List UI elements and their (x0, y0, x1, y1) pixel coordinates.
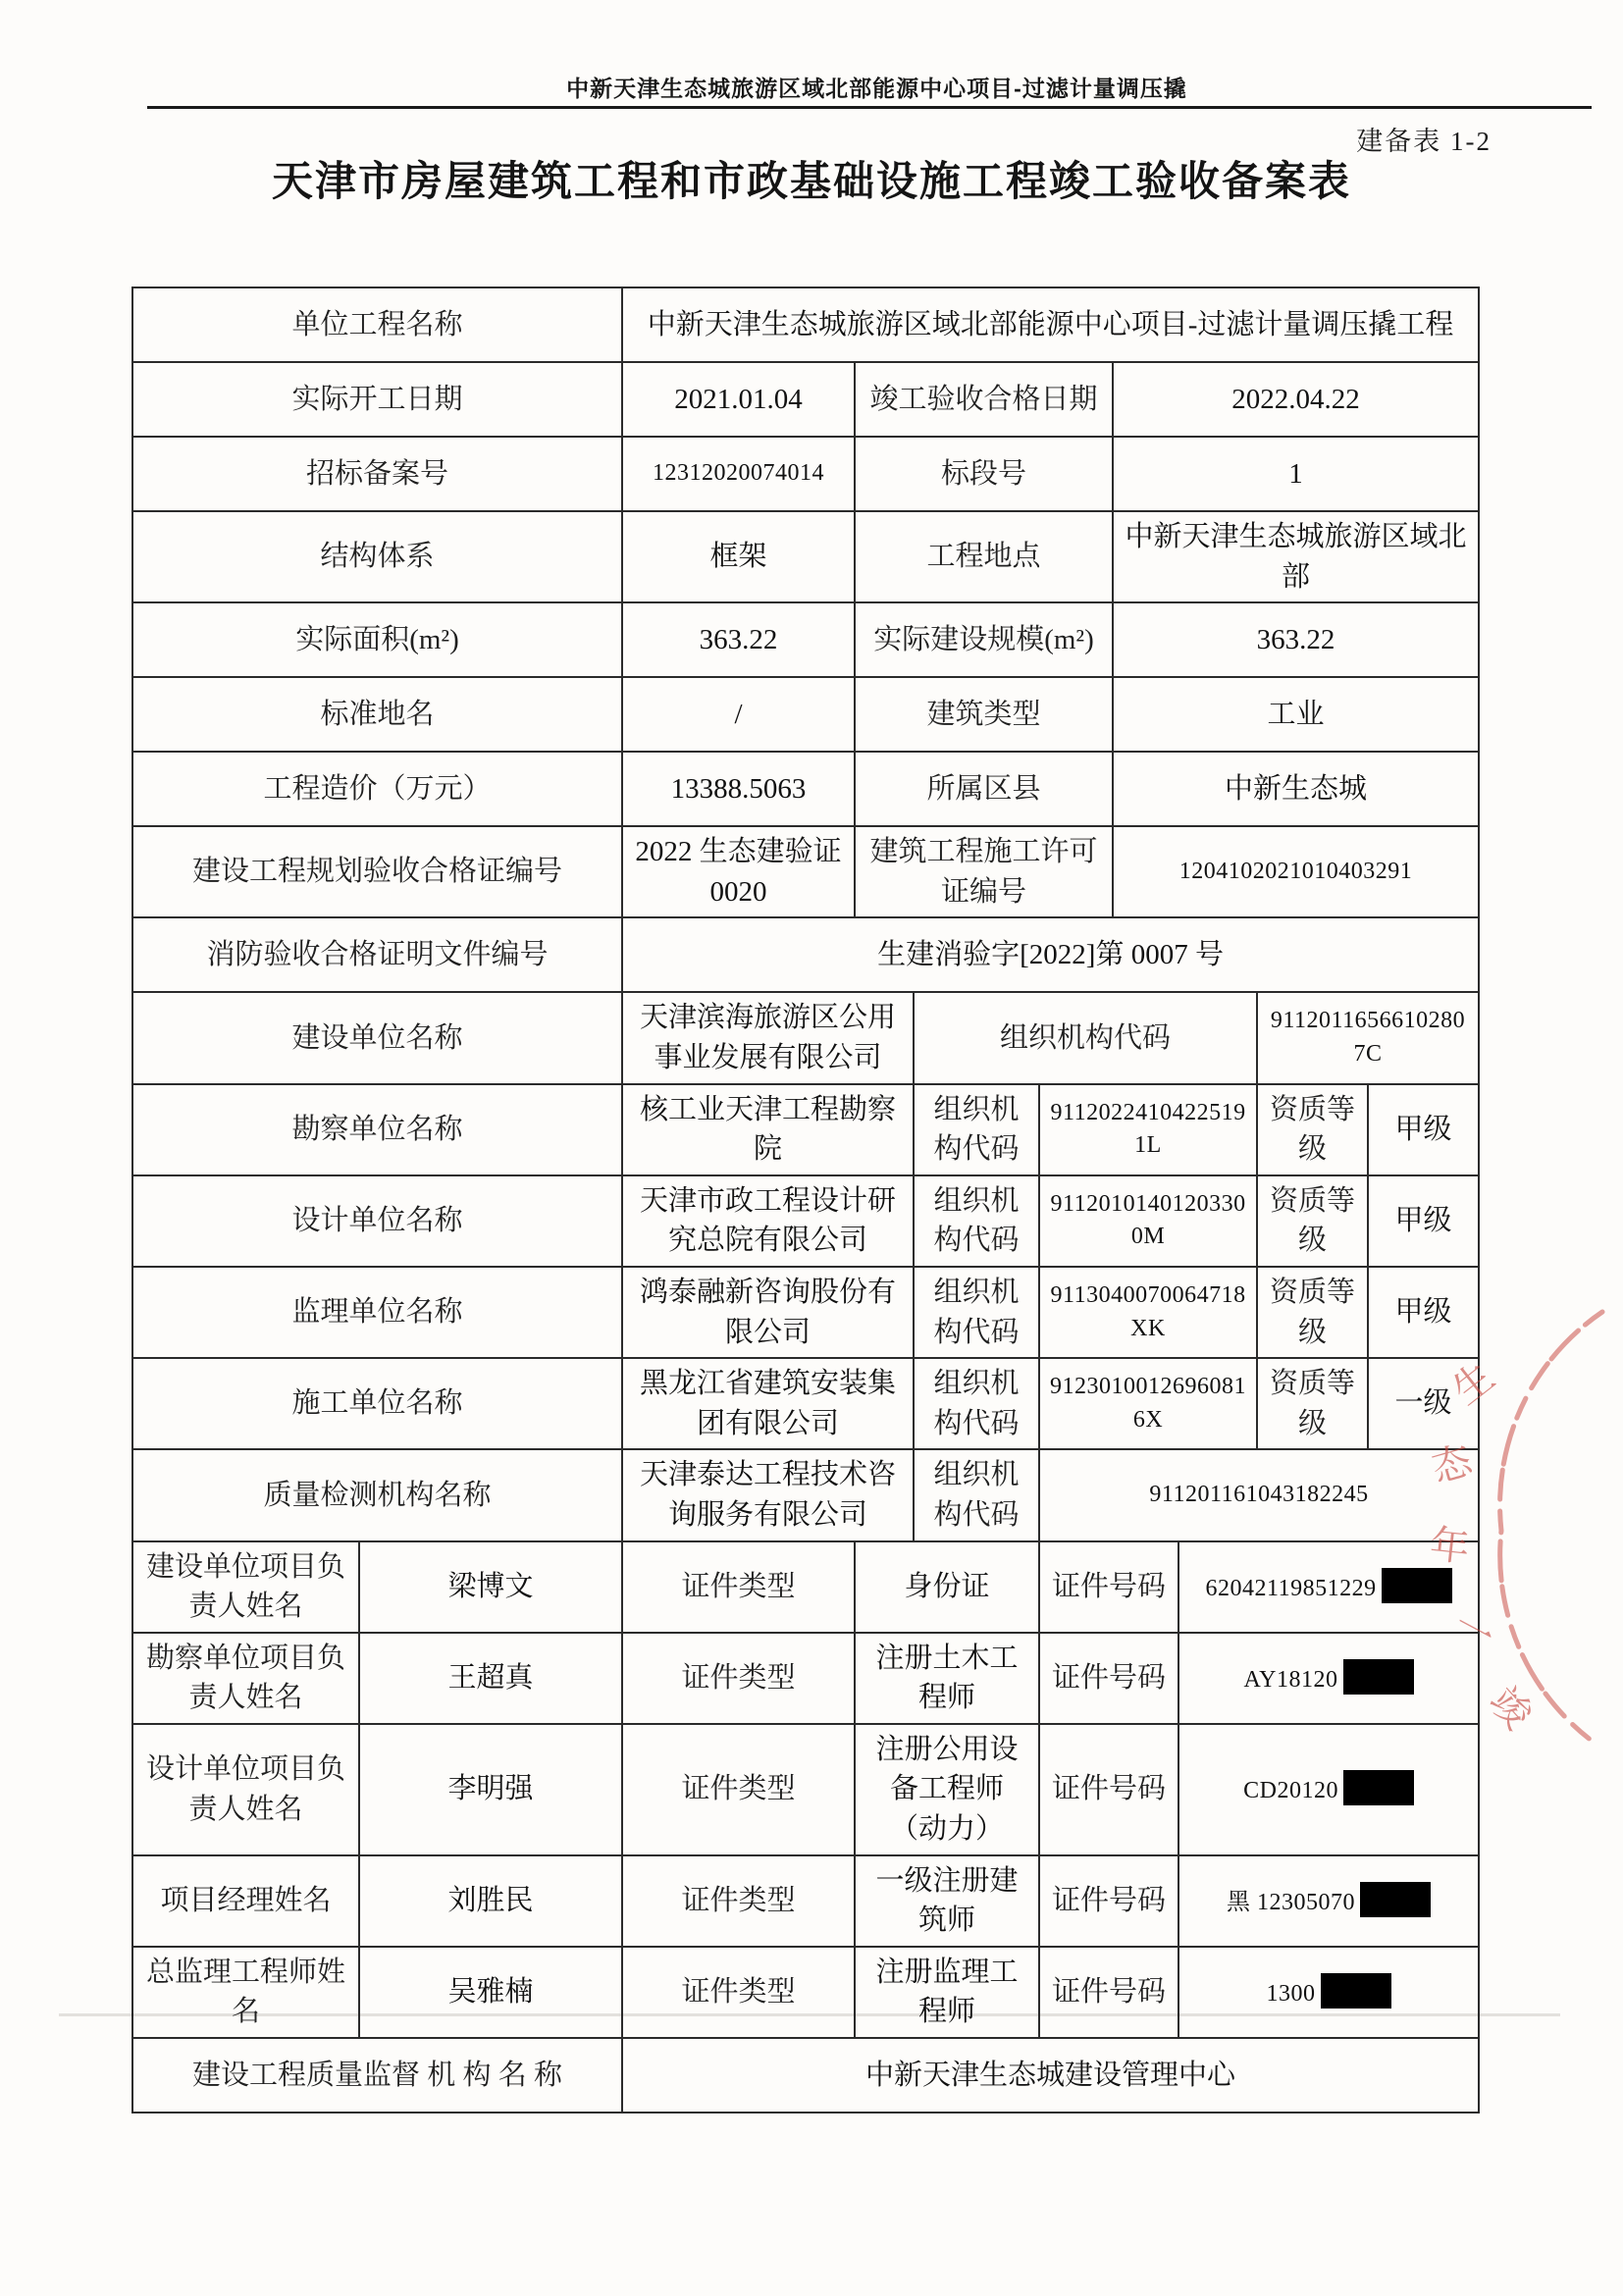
cell-text: 组织机构代码 (934, 1185, 1020, 1257)
field-label: 实际建设规模(m²) (855, 602, 1113, 677)
cell-text: 实际面积(m²) (295, 624, 459, 655)
filing-table: 单位工程名称中新天津生态城旅游区域北部能源中心项目-过滤计量调压撬工程实际开工日… (131, 287, 1480, 2113)
table-row: 质量检测机构名称天津泰达工程技术咨询服务有限公司组织机构代码9112011610… (132, 1449, 1479, 1540)
field-value: 甲级 (1368, 1175, 1479, 1267)
cell-text: 9113040070064718XK (1050, 1282, 1245, 1341)
cell-text: 资质等级 (1270, 1094, 1355, 1166)
field-value: 2022.04.22 (1113, 362, 1479, 437)
cell-text: 证件号码 (1052, 1885, 1166, 1916)
seal-character: 态 (1427, 1437, 1478, 1491)
cell-text: 结构体系 (321, 541, 435, 572)
field-value: 91230100126960816X (1039, 1358, 1257, 1449)
field-label: 单位工程名称 (132, 287, 622, 362)
field-label: 资质等级 (1257, 1175, 1368, 1267)
field-value: 生建消验字[2022]第 0007 号 (622, 917, 1479, 992)
cell-text: 设计单位名称 (292, 1205, 463, 1236)
cell-text: 证件类型 (682, 1773, 796, 1804)
cell-text: 组织机构代码 (934, 1277, 1020, 1348)
field-value: 注册土木工程师 (855, 1633, 1039, 1724)
cell-text: 建设单位名称 (292, 1022, 463, 1054)
cell-text: 核工业天津工程勘察院 (640, 1094, 896, 1166)
cell-text: 招标备案号 (306, 458, 448, 490)
cell-text: 证件号码 (1052, 1773, 1166, 1804)
table-row: 总监理工程师姓名吴雅楠证件类型注册监理工程师证件号码1300 (132, 1947, 1479, 2038)
cell-text: CD20120 (1243, 1778, 1338, 1803)
table-row: 建设工程规划验收合格证编号2022 生态建验证 0020建筑工程施工许可证编号1… (132, 826, 1479, 917)
header-rule (147, 106, 1592, 109)
cell-text: 证件类型 (682, 1885, 796, 1916)
field-label: 设计单位项目负责人姓名 (132, 1724, 359, 1855)
cell-text: / (734, 699, 742, 730)
cell-text: 一级注册建筑师 (876, 1865, 1019, 1937)
field-value: 注册公用设备工程师（动力） (855, 1724, 1039, 1855)
field-value: 鸿泰融新咨询股份有限公司 (622, 1267, 914, 1358)
field-value: 黑龙江省建筑安装集团有限公司 (622, 1358, 914, 1449)
field-label: 资质等级 (1257, 1267, 1368, 1358)
field-label: 证件类型 (622, 1855, 855, 1947)
cell-text: 框架 (710, 541, 767, 572)
seal-character: 生 (1444, 1354, 1502, 1413)
page-running-header: 中新天津生态城旅游区域北部能源中心项目-过滤计量调压撬 (164, 71, 1590, 103)
field-value: 框架 (622, 511, 855, 602)
cell-text: 组织机构代码 (934, 1094, 1020, 1166)
cell-text: 1204102021010403291 (1179, 859, 1413, 884)
cell-text: 工业 (1268, 699, 1325, 730)
field-label: 建筑工程施工许可证编号 (855, 826, 1113, 917)
cell-text: 1300 (1267, 1981, 1316, 2007)
cell-text: 实际开工日期 (292, 384, 463, 415)
cell-text: 标准地名 (321, 699, 435, 730)
field-value: 身份证 (855, 1541, 1039, 1633)
field-label: 证件类型 (622, 1724, 855, 1855)
field-value: 91120101401203300M (1039, 1175, 1257, 1267)
table-row: 实际开工日期2021.01.04竣工验收合格日期2022.04.22 (132, 362, 1479, 437)
red-seal-stamp: 生态年一竣 (1401, 1300, 1623, 1761)
field-label: 证件类型 (622, 1541, 855, 1633)
field-value: 2021.01.04 (622, 362, 855, 437)
field-value: 91120116566102807C (1257, 992, 1479, 1083)
cell-text: 项目经理姓名 (160, 1885, 331, 1916)
field-label: 工程地点 (855, 511, 1113, 602)
redaction-box (1360, 1882, 1431, 1917)
field-label: 组织机构代码 (914, 1084, 1039, 1175)
page-title: 天津市房屋建筑工程和市政基础设施工程竣工验收备案表 (0, 149, 1623, 208)
table-row: 建设单位名称天津滨海旅游区公用事业发展有限公司组织机构代码91120116566… (132, 992, 1479, 1083)
table-row: 单位工程名称中新天津生态城旅游区域北部能源中心项目-过滤计量调压撬工程 (132, 287, 1479, 362)
table-row: 结构体系框架工程地点中新天津生态城旅游区域北部 (132, 511, 1479, 602)
table-row: 建设单位项目负责人姓名梁博文证件类型身份证证件号码62042119851229 (132, 1541, 1479, 1633)
cell-text: 总监理工程师姓名 (146, 1957, 345, 2028)
table-row: 工程造价（万元）13388.5063所属区县中新生态城 (132, 752, 1479, 826)
cell-text: 建筑类型 (927, 699, 1041, 730)
cell-text: 2021.01.04 (674, 384, 803, 415)
cell-text: 363.22 (700, 624, 778, 655)
cell-text: 设计单位项目负责人姓名 (146, 1753, 345, 1825)
field-value: 9113040070064718XK (1039, 1267, 1257, 1358)
cell-text: 中新天津生态城旅游区域北部能源中心项目-过滤计量调压撬工程 (648, 309, 1454, 340)
cell-text: 天津泰达工程技术咨询服务有限公司 (640, 1459, 896, 1531)
cell-text: 工程地点 (927, 541, 1041, 572)
table-row: 设计单位项目负责人姓名李明强证件类型注册公用设备工程师（动力）证件号码CD201… (132, 1724, 1479, 1855)
cell-text: 建设工程规划验收合格证编号 (192, 856, 562, 887)
field-label: 建设单位名称 (132, 992, 622, 1083)
table-row: 招标备案号12312020074014标段号1 (132, 437, 1479, 511)
seal-arc (1500, 1312, 1602, 1744)
field-label: 组织机构代码 (914, 1449, 1039, 1540)
cell-text: 组织机构代码 (934, 1459, 1020, 1531)
cell-text: 黑龙江省建筑安装集团有限公司 (640, 1368, 896, 1439)
field-value: 1300 (1178, 1947, 1479, 2038)
cell-text: 勘察单位项目负责人姓名 (146, 1643, 345, 1714)
field-label: 建设工程质量监督 机 构 名 称 (132, 2038, 622, 2113)
field-value: 工业 (1113, 677, 1479, 752)
cell-text: 91120116566102807C (1271, 1008, 1465, 1067)
redaction-box (1321, 1973, 1391, 2009)
field-label: 勘察单位项目负责人姓名 (132, 1633, 359, 1724)
cell-text: 监理单位名称 (292, 1296, 463, 1328)
cell-text: 刘胜民 (448, 1885, 534, 1916)
cell-text: 标段号 (941, 458, 1026, 490)
field-value: 363.22 (622, 602, 855, 677)
cell-text: 证件号码 (1052, 1662, 1166, 1694)
cell-text: 甲级 (1395, 1114, 1452, 1145)
field-value: / (622, 677, 855, 752)
field-label: 建设单位项目负责人姓名 (132, 1541, 359, 1633)
seal-character: 一 (1446, 1602, 1501, 1660)
cell-text: 王超真 (448, 1662, 534, 1694)
field-label: 施工单位名称 (132, 1358, 622, 1449)
field-value: 2022 生态建验证 0020 (622, 826, 855, 917)
field-value: 91120224104225191L (1039, 1084, 1257, 1175)
field-value: 中新天津生态城旅游区域北部 (1113, 511, 1479, 602)
field-label: 证件号码 (1039, 1541, 1178, 1633)
cell-text: 62042119851229 (1205, 1576, 1376, 1601)
field-value: 中新生态城 (1113, 752, 1479, 826)
cell-text: 生建消验字[2022]第 0007 号 (877, 939, 1224, 970)
cell-text: 组织机构代码 (934, 1368, 1020, 1439)
field-value: 核工业天津工程勘察院 (622, 1084, 914, 1175)
field-label: 招标备案号 (132, 437, 622, 511)
field-label: 结构体系 (132, 511, 622, 602)
cell-text: 甲级 (1395, 1205, 1452, 1236)
field-value: 天津滨海旅游区公用事业发展有限公司 (622, 992, 914, 1083)
field-label: 资质等级 (1257, 1084, 1368, 1175)
field-value: 12312020074014 (622, 437, 855, 511)
field-label: 证件号码 (1039, 1855, 1178, 1947)
table-row: 勘察单位名称核工业天津工程勘察院组织机构代码91120224104225191L… (132, 1084, 1479, 1175)
cell-text: 质量检测机构名称 (264, 1480, 492, 1511)
field-value: 王超真 (359, 1633, 622, 1724)
seal-character: 年 (1428, 1522, 1471, 1570)
cell-text: 中新天津生态城旅游区域北部 (1126, 521, 1467, 593)
field-label: 消防验收合格证明文件编号 (132, 917, 622, 992)
field-label: 组织机构代码 (914, 1175, 1039, 1267)
field-label: 组织机构代码 (914, 1358, 1039, 1449)
field-label: 工程造价（万元） (132, 752, 622, 826)
field-label: 所属区县 (855, 752, 1113, 826)
cell-text: 13388.5063 (671, 773, 807, 805)
filing-table-body: 单位工程名称中新天津生态城旅游区域北部能源中心项目-过滤计量调压撬工程实际开工日… (132, 287, 1479, 2113)
field-value: 1 (1113, 437, 1479, 511)
field-label: 建设工程规划验收合格证编号 (132, 826, 622, 917)
field-label: 建筑类型 (855, 677, 1113, 752)
cell-text: 911201161043182245 (1149, 1482, 1368, 1507)
cell-text: 资质等级 (1270, 1185, 1355, 1257)
field-label: 证件号码 (1039, 1633, 1178, 1724)
cell-text: AY18120 (1244, 1667, 1338, 1693)
cell-text: 中新天津生态城建设管理中心 (865, 2060, 1235, 2091)
field-value: 363.22 (1113, 602, 1479, 677)
cell-text: 消防验收合格证明文件编号 (207, 939, 549, 970)
field-value: 吴雅楠 (359, 1947, 622, 2038)
cell-text: 证件类型 (682, 1571, 796, 1602)
seal-character: 竣 (1481, 1679, 1541, 1739)
cell-text: 证件号码 (1052, 1976, 1166, 2008)
cell-text: 证件号码 (1052, 1571, 1166, 1602)
cell-text: 91120101401203300M (1050, 1191, 1245, 1250)
field-value: 一级注册建筑师 (855, 1855, 1039, 1947)
field-value: 1204102021010403291 (1113, 826, 1479, 917)
cell-text: 1 (1288, 458, 1303, 490)
field-label: 标准地名 (132, 677, 622, 752)
field-label: 设计单位名称 (132, 1175, 622, 1267)
field-label: 勘察单位名称 (132, 1084, 622, 1175)
field-value: 甲级 (1368, 1084, 1479, 1175)
table-row: 消防验收合格证明文件编号生建消验字[2022]第 0007 号 (132, 917, 1479, 992)
cell-text: 身份证 (905, 1571, 990, 1602)
cell-text: 所属区县 (927, 773, 1041, 805)
table-row: 监理单位名称鸿泰融新咨询股份有限公司组织机构代码9113040070064718… (132, 1267, 1479, 1358)
table-row: 建设工程质量监督 机 构 名 称中新天津生态城建设管理中心 (132, 2038, 1479, 2113)
field-value: 李明强 (359, 1724, 622, 1855)
cell-text: 证件类型 (682, 1976, 796, 2008)
field-label: 标段号 (855, 437, 1113, 511)
cell-text: 证件类型 (682, 1662, 796, 1694)
cell-text: 单位工程名称 (292, 309, 463, 340)
field-label: 实际面积(m²) (132, 602, 622, 677)
cell-text: 建筑工程施工许可证编号 (870, 836, 1098, 908)
cell-text: 黑 12305070 (1227, 1890, 1355, 1915)
field-value: 刘胜民 (359, 1855, 622, 1947)
field-value: 注册监理工程师 (855, 1947, 1039, 2038)
cell-text: 天津市政工程设计研究总院有限公司 (640, 1185, 896, 1257)
field-value: 中新天津生态城建设管理中心 (622, 2038, 1479, 2113)
redaction-box (1343, 1770, 1414, 1805)
cell-text: 工程造价（万元） (264, 773, 492, 805)
field-value: 中新天津生态城旅游区域北部能源中心项目-过滤计量调压撬工程 (622, 287, 1479, 362)
field-label: 组织机构代码 (914, 1267, 1039, 1358)
cell-text: 勘察单位名称 (292, 1114, 463, 1145)
cell-text: 91230100126960816X (1050, 1374, 1246, 1433)
field-value: 梁博文 (359, 1541, 622, 1633)
field-label: 实际开工日期 (132, 362, 622, 437)
field-value: 天津泰达工程技术咨询服务有限公司 (622, 1449, 914, 1540)
field-label: 质量检测机构名称 (132, 1449, 622, 1540)
field-value: 天津市政工程设计研究总院有限公司 (622, 1175, 914, 1267)
cell-text: 资质等级 (1270, 1277, 1355, 1348)
field-value: 13388.5063 (622, 752, 855, 826)
field-label: 证件类型 (622, 1947, 855, 2038)
field-label: 总监理工程师姓名 (132, 1947, 359, 2038)
cell-text: 12312020074014 (653, 460, 824, 486)
table-row: 施工单位名称黑龙江省建筑安装集团有限公司组织机构代码91230100126960… (132, 1358, 1479, 1449)
cell-text: 天津滨海旅游区公用事业发展有限公司 (640, 1002, 896, 1073)
cell-text: 注册公用设备工程师（动力） (876, 1734, 1019, 1845)
field-label: 竣工验收合格日期 (855, 362, 1113, 437)
cell-text: 注册监理工程师 (876, 1957, 1019, 2028)
cell-text: 建设工程质量监督 机 构 名 称 (192, 2060, 562, 2091)
table-row: 实际面积(m²)363.22实际建设规模(m²)363.22 (132, 602, 1479, 677)
cell-text: 2022.04.22 (1231, 384, 1360, 415)
cell-text: 梁博文 (448, 1571, 534, 1602)
cell-text: 资质等级 (1270, 1368, 1355, 1439)
field-value: 黑 12305070 (1178, 1855, 1479, 1947)
field-label: 证件号码 (1039, 1947, 1178, 2038)
field-label: 证件类型 (622, 1633, 855, 1724)
table-row: 标准地名/建筑类型工业 (132, 677, 1479, 752)
cell-text: 建设单位项目负责人姓名 (146, 1551, 345, 1623)
field-label: 项目经理姓名 (132, 1855, 359, 1947)
cell-text: 施工单位名称 (292, 1387, 463, 1419)
cell-text: 363.22 (1257, 624, 1335, 655)
cell-text: 91120224104225191L (1050, 1100, 1245, 1159)
field-label: 组织机构代码 (914, 992, 1257, 1083)
cell-text: 注册土木工程师 (876, 1643, 1019, 1714)
table-row: 勘察单位项目负责人姓名王超真证件类型注册土木工程师证件号码AY18120 (132, 1633, 1479, 1724)
field-label: 证件号码 (1039, 1724, 1178, 1855)
table-row: 设计单位名称天津市政工程设计研究总院有限公司组织机构代码911201014012… (132, 1175, 1479, 1267)
field-label: 监理单位名称 (132, 1267, 622, 1358)
cell-text: 中新生态城 (1225, 773, 1367, 805)
cell-text: 实际建设规模(m²) (873, 624, 1094, 655)
cell-text: 鸿泰融新咨询股份有限公司 (640, 1277, 896, 1348)
field-label: 资质等级 (1257, 1358, 1368, 1449)
cell-text: 李明强 (448, 1773, 534, 1804)
cell-text: 吴雅楠 (448, 1976, 534, 2008)
seal-characters: 生态年一竣 (1427, 1354, 1541, 1738)
cell-text: 组织机构代码 (1000, 1022, 1171, 1054)
cell-text: 2022 生态建验证 0020 (635, 836, 841, 908)
table-row: 项目经理姓名刘胜民证件类型一级注册建筑师证件号码黑 12305070 (132, 1855, 1479, 1947)
cell-text: 竣工验收合格日期 (870, 384, 1098, 415)
